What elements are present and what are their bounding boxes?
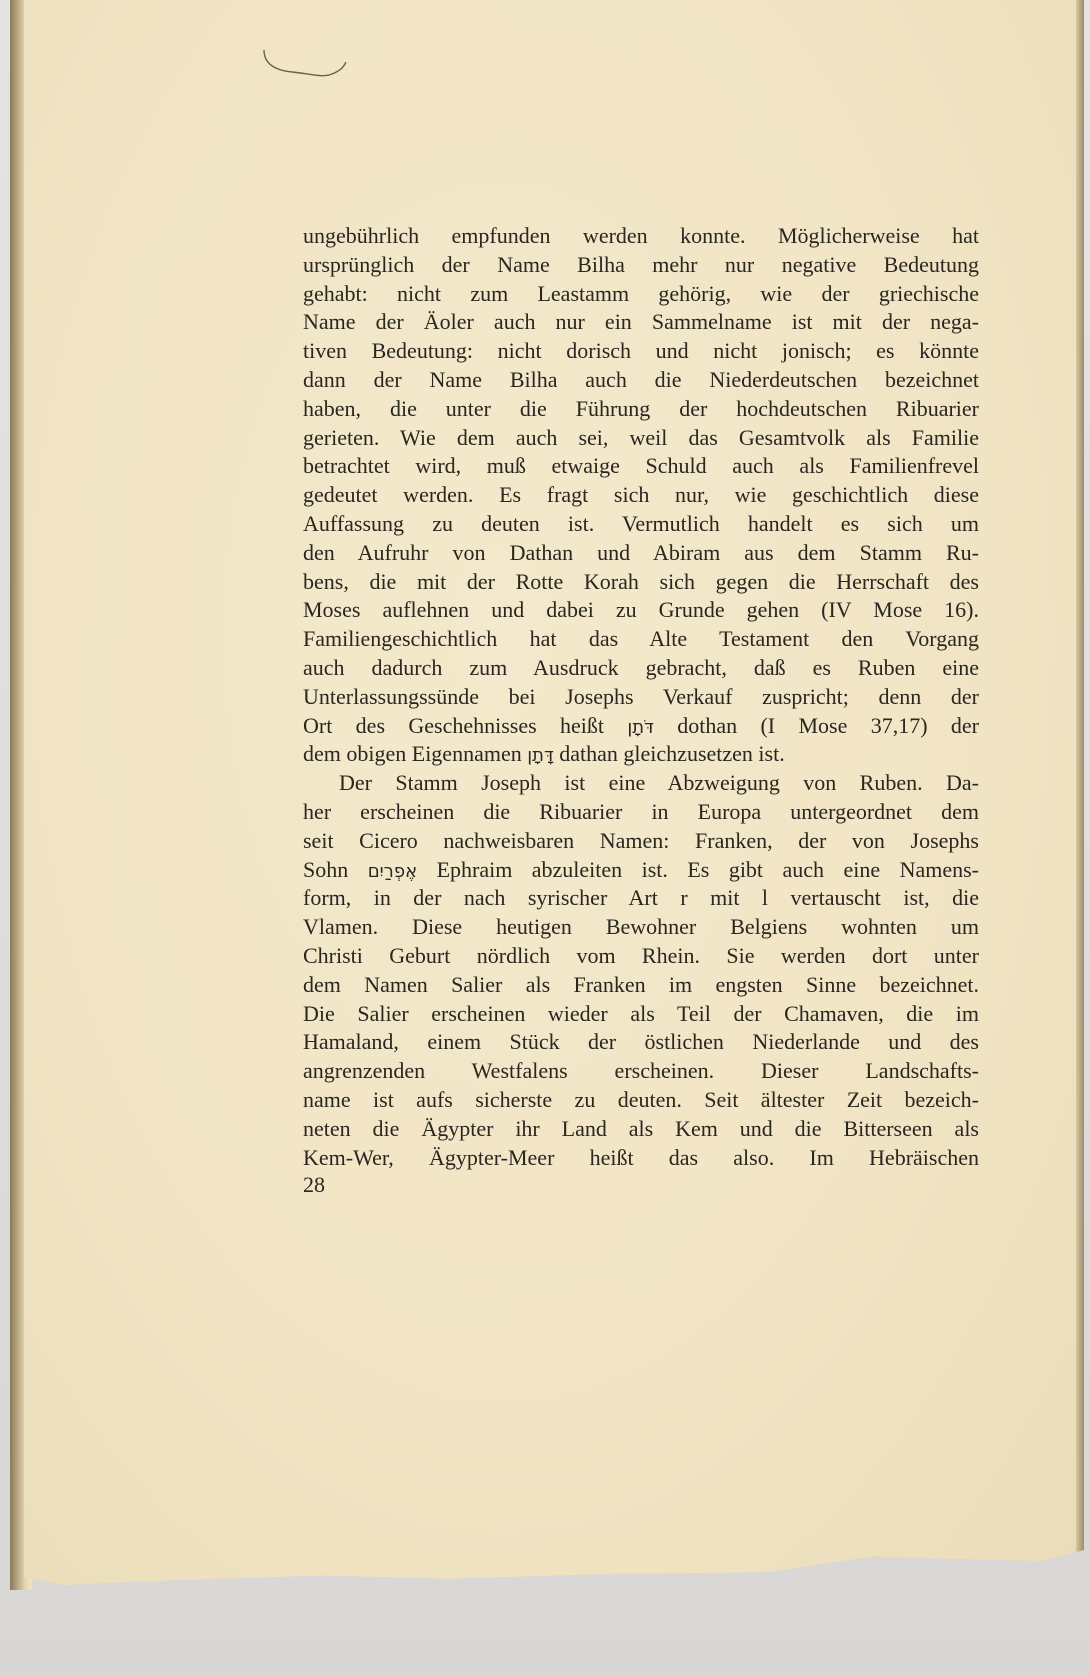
hebrew-word-dothan: דֹּתָן [627,717,654,738]
text-line: Vlamen. Diese heutigen Bewohner Belgiens… [303,913,979,942]
text-line: ursprünglich der Name Bilha mehr nur neg… [303,251,979,280]
page-number: 28 [303,1172,325,1198]
text-line: Unterlassungssünde bei Josephs Verkauf z… [303,683,979,712]
hebrew-word-ephraim: אֶפְרַיִם [368,861,417,882]
text-line: Hamaland, einem Stück der östlichen Nied… [303,1028,979,1057]
text-line: form, in der nach syrischer Art r mit l … [303,884,979,913]
text-line: Die Salier erscheinen wieder als Teil de… [303,1000,979,1029]
text-line: auch dadurch zum Ausdruck gebracht, daß … [303,654,979,683]
text-segment: dathan gleichzusetzen ist. [554,741,785,766]
text-line: her erscheinen die Ribuarier in Europa u… [303,798,979,827]
text-segment: dem obigen Eigennamen [303,741,527,766]
text-line: Christi Geburt nördlich vom Rhein. Sie w… [303,942,979,971]
text-line: seit Cicero nachweisbaren Namen: Franken… [303,827,979,856]
text-line: neten die Ägypter ihr Land als Kem und d… [303,1115,979,1144]
text-line-with-hebrew: Sohn אֶפְרַיִם Ephraim abzuleiten ist. E… [303,856,979,885]
text-line: tiven Bedeutung: nicht dorisch und nicht… [303,337,979,366]
text-line: Kem-Wer, Ägypter-Meer heißt das also. Im… [303,1144,979,1173]
text-segment: Ort des Geschehnisses heißt [303,713,627,738]
body-text: ungebührlich empfunden werden konnte. Mö… [303,222,979,1172]
hebrew-word-dathan: דָּתָן [527,745,554,766]
text-line: gedeutet werden. Es fragt sich nur, wie … [303,481,979,510]
text-line: haben, die unter die Führung der hochdeu… [303,395,979,424]
text-segment: dothan (I Mose 37,17) der [654,713,979,738]
text-line: Familiengeschichtlich hat das Alte Testa… [303,625,979,654]
text-line-with-hebrew: Ort des Geschehnisses heißt דֹּתָן dotha… [303,712,979,741]
text-line: dann der Name Bilha auch die Niederdeuts… [303,366,979,395]
text-line: name ist aufs sicherste zu deuten. Seit … [303,1086,979,1115]
text-line: bens, die mit der Rotte Korah sich gegen… [303,568,979,597]
pencil-mark-icon [262,48,348,82]
paragraph-1: ungebührlich empfunden werden konnte. Mö… [303,222,979,769]
text-line: gehabt: nicht zum Leastamm gehörig, wie … [303,280,979,309]
text-line: dem Namen Salier als Franken im engsten … [303,971,979,1000]
text-line: Auffassung zu deuten ist. Vermutlich han… [303,510,979,539]
text-line-with-hebrew: dem obigen Eigennamen דָּתָן dathan glei… [303,740,979,769]
text-line: ungebührlich empfunden werden konnte. Mö… [303,222,979,251]
text-line: den Aufruhr von Dathan und Abiram aus de… [303,539,979,568]
text-line: Der Stamm Joseph ist eine Abzweigung von… [303,769,979,798]
paragraph-2: Der Stamm Joseph ist eine Abzweigung von… [303,769,979,1172]
text-segment: Sohn [303,857,368,882]
text-line: gerieten. Wie dem auch sei, weil das Ges… [303,424,979,453]
page-right-edge [1076,0,1084,1585]
text-segment: Ephraim abzuleiten ist. Es gibt auch ein… [417,857,979,882]
text-line: Name der Äoler auch nur ein Sammelname i… [303,308,979,337]
text-line: betrachtet wird, muß etwaige Schuld auch… [303,452,979,481]
text-line: angrenzenden Westfalens erscheinen. Dies… [303,1057,979,1086]
text-line: Moses auflehnen und dabei zu Grunde gehe… [303,596,979,625]
